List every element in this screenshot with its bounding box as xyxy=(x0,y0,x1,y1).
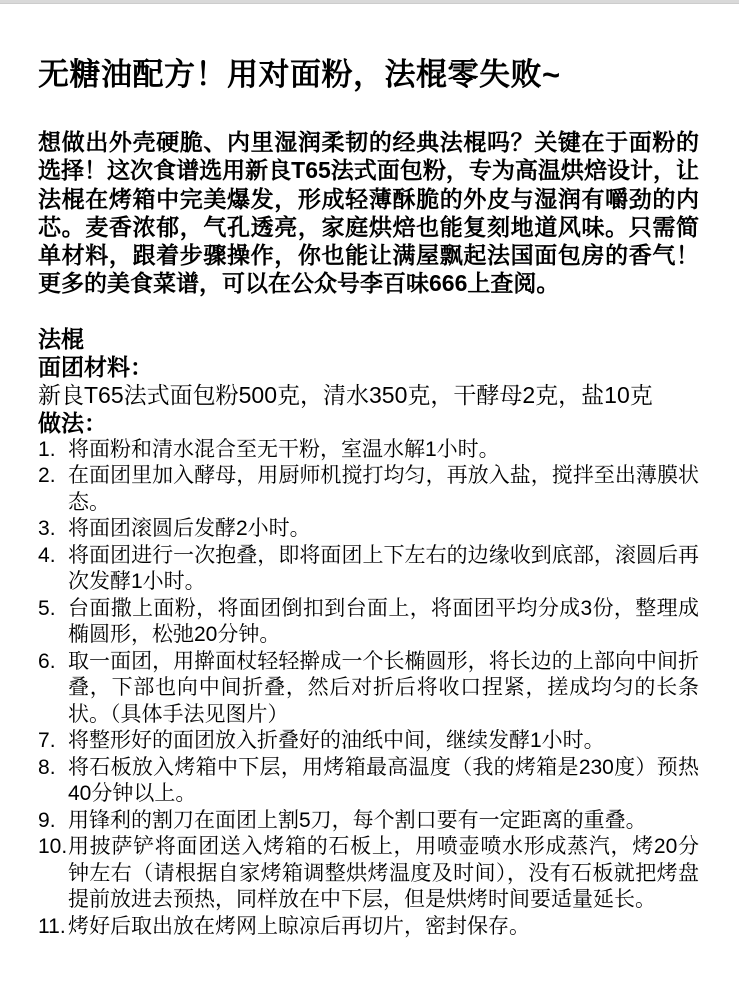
step-item: 在面团里加入酵母，用厨师机搅打均匀，再放入盐，搅拌至出薄膜状态。 xyxy=(38,463,699,516)
page-top-border xyxy=(0,0,739,4)
step-item: 用披萨铲将面团送入烤箱的石板上，用喷壶喷水形成蒸汽，烤20分钟左右（请根据自家烤… xyxy=(38,834,699,914)
ingredients-heading: 面团材料： xyxy=(38,353,699,381)
step-item: 台面撒上面粉，将面团倒扣到台面上，将面团平均分成3份，整理成椭圆形，松弛20分钟… xyxy=(38,596,699,649)
step-item: 将整形好的面团放入折叠好的油纸中间，继续发酵1小时。 xyxy=(38,728,699,755)
recipe-name-heading: 法棍 xyxy=(38,325,699,353)
step-item: 将面团滚圆后发酵2小时。 xyxy=(38,516,699,543)
step-item: 将面粉和清水混合至无干粉，室温水解1小时。 xyxy=(38,437,699,464)
step-item: 取一面团，用擀面杖轻轻擀成一个长椭圆形，将长边的上部向中间折叠，下部也向中间折叠… xyxy=(38,649,699,729)
document-title: 无糖油配方！用对面粉，法棍零失败~ xyxy=(38,56,699,94)
step-item: 将面团进行一次抱叠，即将面团上下左右的边缘收到底部，滚圆后再次发酵1小时。 xyxy=(38,543,699,596)
steps-list: 将面粉和清水混合至无干粉，室温水解1小时。 在面团里加入酵母，用厨师机搅打均匀，… xyxy=(38,437,699,941)
step-item: 烤好后取出放在烤网上晾凉后再切片，密封保存。 xyxy=(38,914,699,941)
steps-heading: 做法： xyxy=(38,409,699,437)
recipe-document-page: { "colors": { "background": "#ffffff", "… xyxy=(0,0,739,988)
step-item: 将石板放入烤箱中下层，用烤箱最高温度（我的烤箱是230度）预热40分钟以上。 xyxy=(38,755,699,808)
intro-paragraph: 想做出外壳硬脆、内里湿润柔韧的经典法棍吗？关键在于面粉的选择！这次食谱选用新良T… xyxy=(38,128,699,298)
recipe-section: 法棍 面团材料： 新良T65法式面包粉500克，清水350克，干酵母2克，盐10… xyxy=(38,325,699,437)
document-content: 无糖油配方！用对面粉，法棍零失败~ 想做出外壳硬脆、内里湿润柔韧的经典法棍吗？关… xyxy=(0,56,739,940)
step-item: 用锋利的割刀在面团上割5刀，每个割口要有一定距离的重叠。 xyxy=(38,808,699,835)
ingredients-line: 新良T65法式面包粉500克，清水350克，干酵母2克，盐10克 xyxy=(38,381,699,409)
